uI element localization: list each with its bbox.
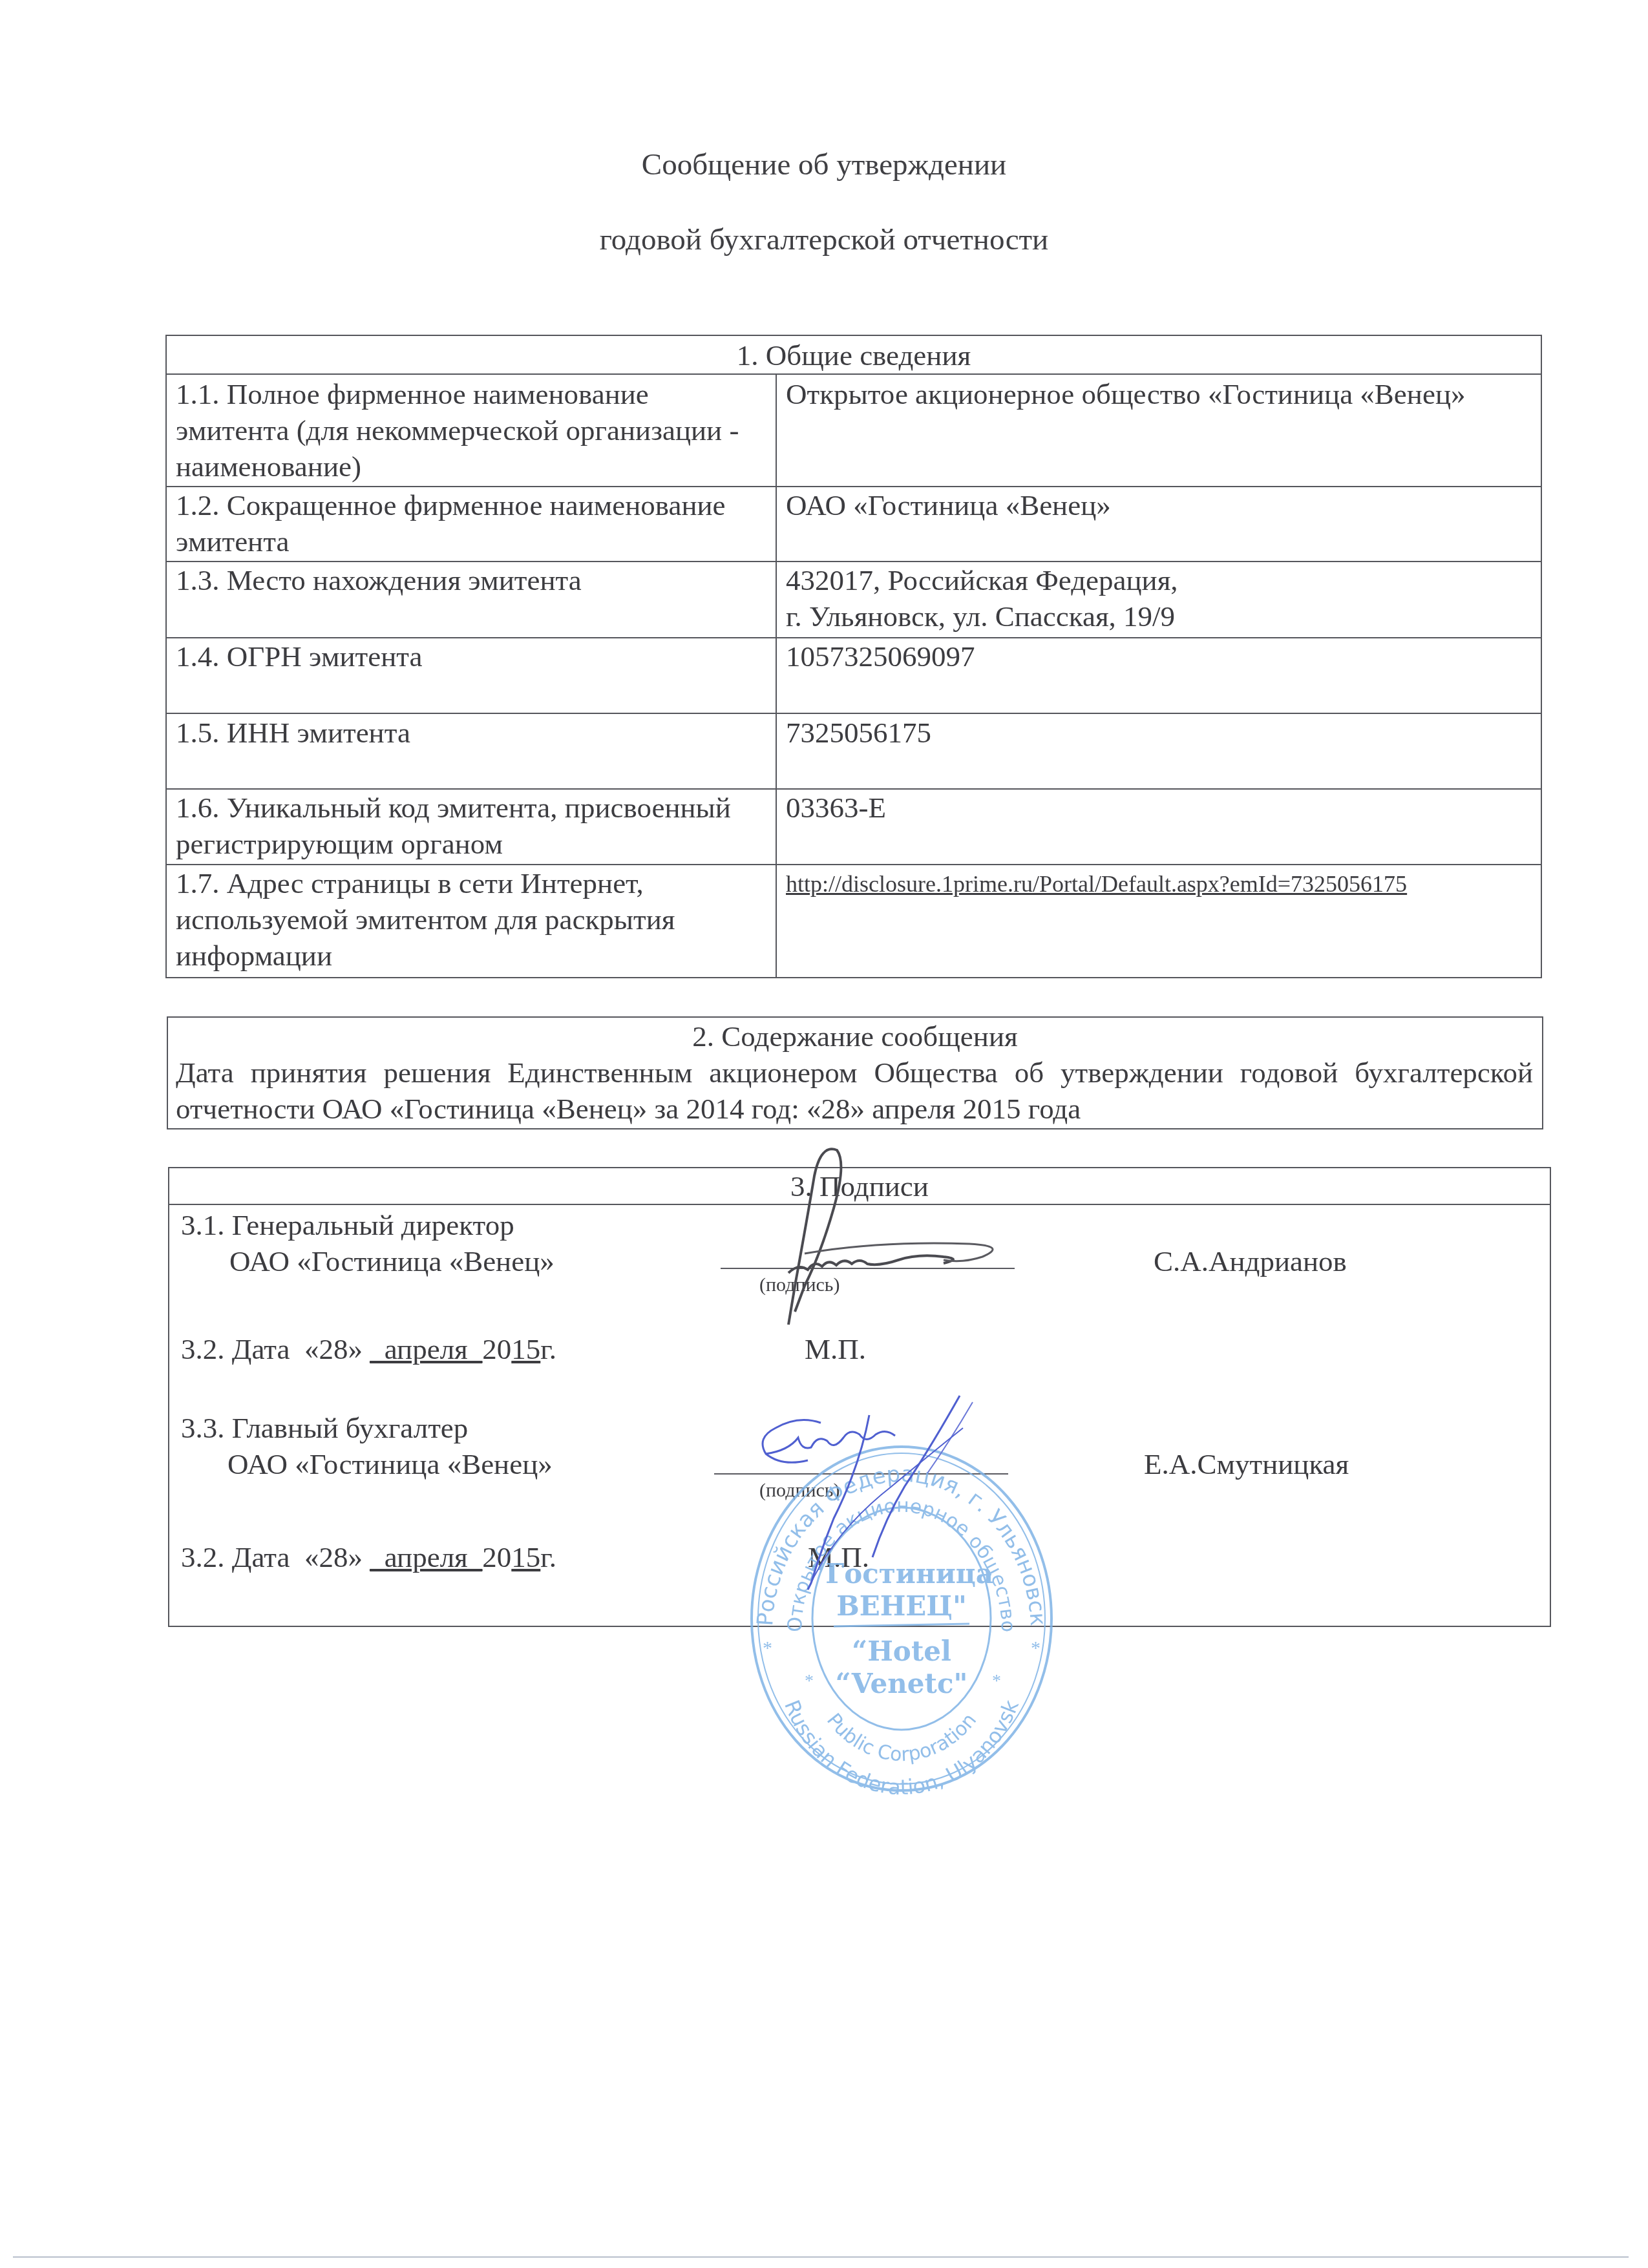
row-1-2-label: 1.2. Сокращенное фирменное наименование … [176,487,764,560]
divider [165,713,1542,714]
date2-year-ul: 15 [511,1541,540,1573]
date1-row: 3.2. Дата «28» _апреля_2015г. [181,1331,556,1367]
date1-month: _апреля_ [370,1333,482,1365]
svg-text:*: * [992,1671,1001,1691]
row-1-6-label: 1.6. Уникальный код эмитента, присвоенны… [176,790,764,862]
director-company: ОАО «Гостиница «Венец» [229,1243,555,1279]
director-name: С.А.Андрианов [1154,1243,1347,1279]
accountant-name: Е.А.Смутницкая [1144,1446,1349,1482]
row-1-3-value-line1: 432017, Российская Федерация, [786,562,1529,598]
section2-header: 2. Содержание сообщения [167,1018,1543,1055]
svg-text:*: * [805,1671,814,1691]
date2-year-pre: 20 [482,1541,511,1573]
section2-body: Дата принятия решения Единственным акцио… [176,1055,1533,1127]
row-1-1-value: Открытое акционерное общество «Гостиница… [786,376,1529,412]
document-title-line2: годовой бухгалтерской отчетности [0,222,1648,257]
document-title-line1: Сообщение об утверждении [0,147,1648,182]
accountant-company: ОАО «Гостиница «Венец» [227,1446,553,1482]
scan-edge-line [13,2256,1629,2258]
row-1-7-label: 1.7. Адрес страницы в сети Интернет, исп… [176,865,764,974]
director-signature-icon [750,1137,1060,1331]
accountant-title: 3.3. Главный бухгалтер [181,1410,468,1446]
accountant-signature-icon [737,1389,1047,1622]
date1-year-pre: 20 [482,1333,511,1365]
disclosure-url-link[interactable]: http://disclosure.1prime.ru/Portal/Defau… [786,866,1407,902]
seal-placeholder-1: М.П. [805,1331,866,1367]
column-divider [776,373,777,978]
row-1-5-value: 7325056175 [786,715,1529,751]
row-1-6-value: 03363-Е [786,790,1529,826]
svg-text:*: * [1031,1637,1041,1659]
date2-prefix: 3.2. Дата «28» [181,1541,363,1573]
section1-header: 1. Общие сведения [165,337,1542,373]
divider [165,373,1542,375]
svg-text:“Venetc": “Venetc" [836,1668,968,1699]
row-1-1-label: 1.1. Полное фирменное наименование эмите… [176,376,764,485]
row-1-3-value-line2: г. Ульяновск, ул. Спасская, 19/9 [786,598,1529,635]
row-1-5-label: 1.5. ИНН эмитента [176,715,764,751]
row-1-4-value: 1057325069097 [786,638,1529,675]
director-title: 3.1. Генеральный директор [181,1207,514,1243]
date1-suffix: г. [540,1333,556,1365]
svg-text:*: * [763,1637,772,1659]
date2-suffix: г. [540,1541,556,1573]
row-1-2-value: ОАО «Гостиница «Венец» [786,487,1529,523]
date2-row: 3.2. Дата «28» _апреля_2015г. [181,1539,556,1575]
row-1-3-label: 1.3. Место нахождения эмитента [176,562,764,598]
row-1-4-label: 1.4. ОГРН эмитента [176,638,764,675]
date1-year-ul: 15 [511,1333,540,1365]
svg-text:“Hotel: “Hotel [852,1635,951,1667]
date1-prefix: 3.2. Дата «28» [181,1333,363,1365]
date2-month: _апреля_ [370,1541,482,1573]
